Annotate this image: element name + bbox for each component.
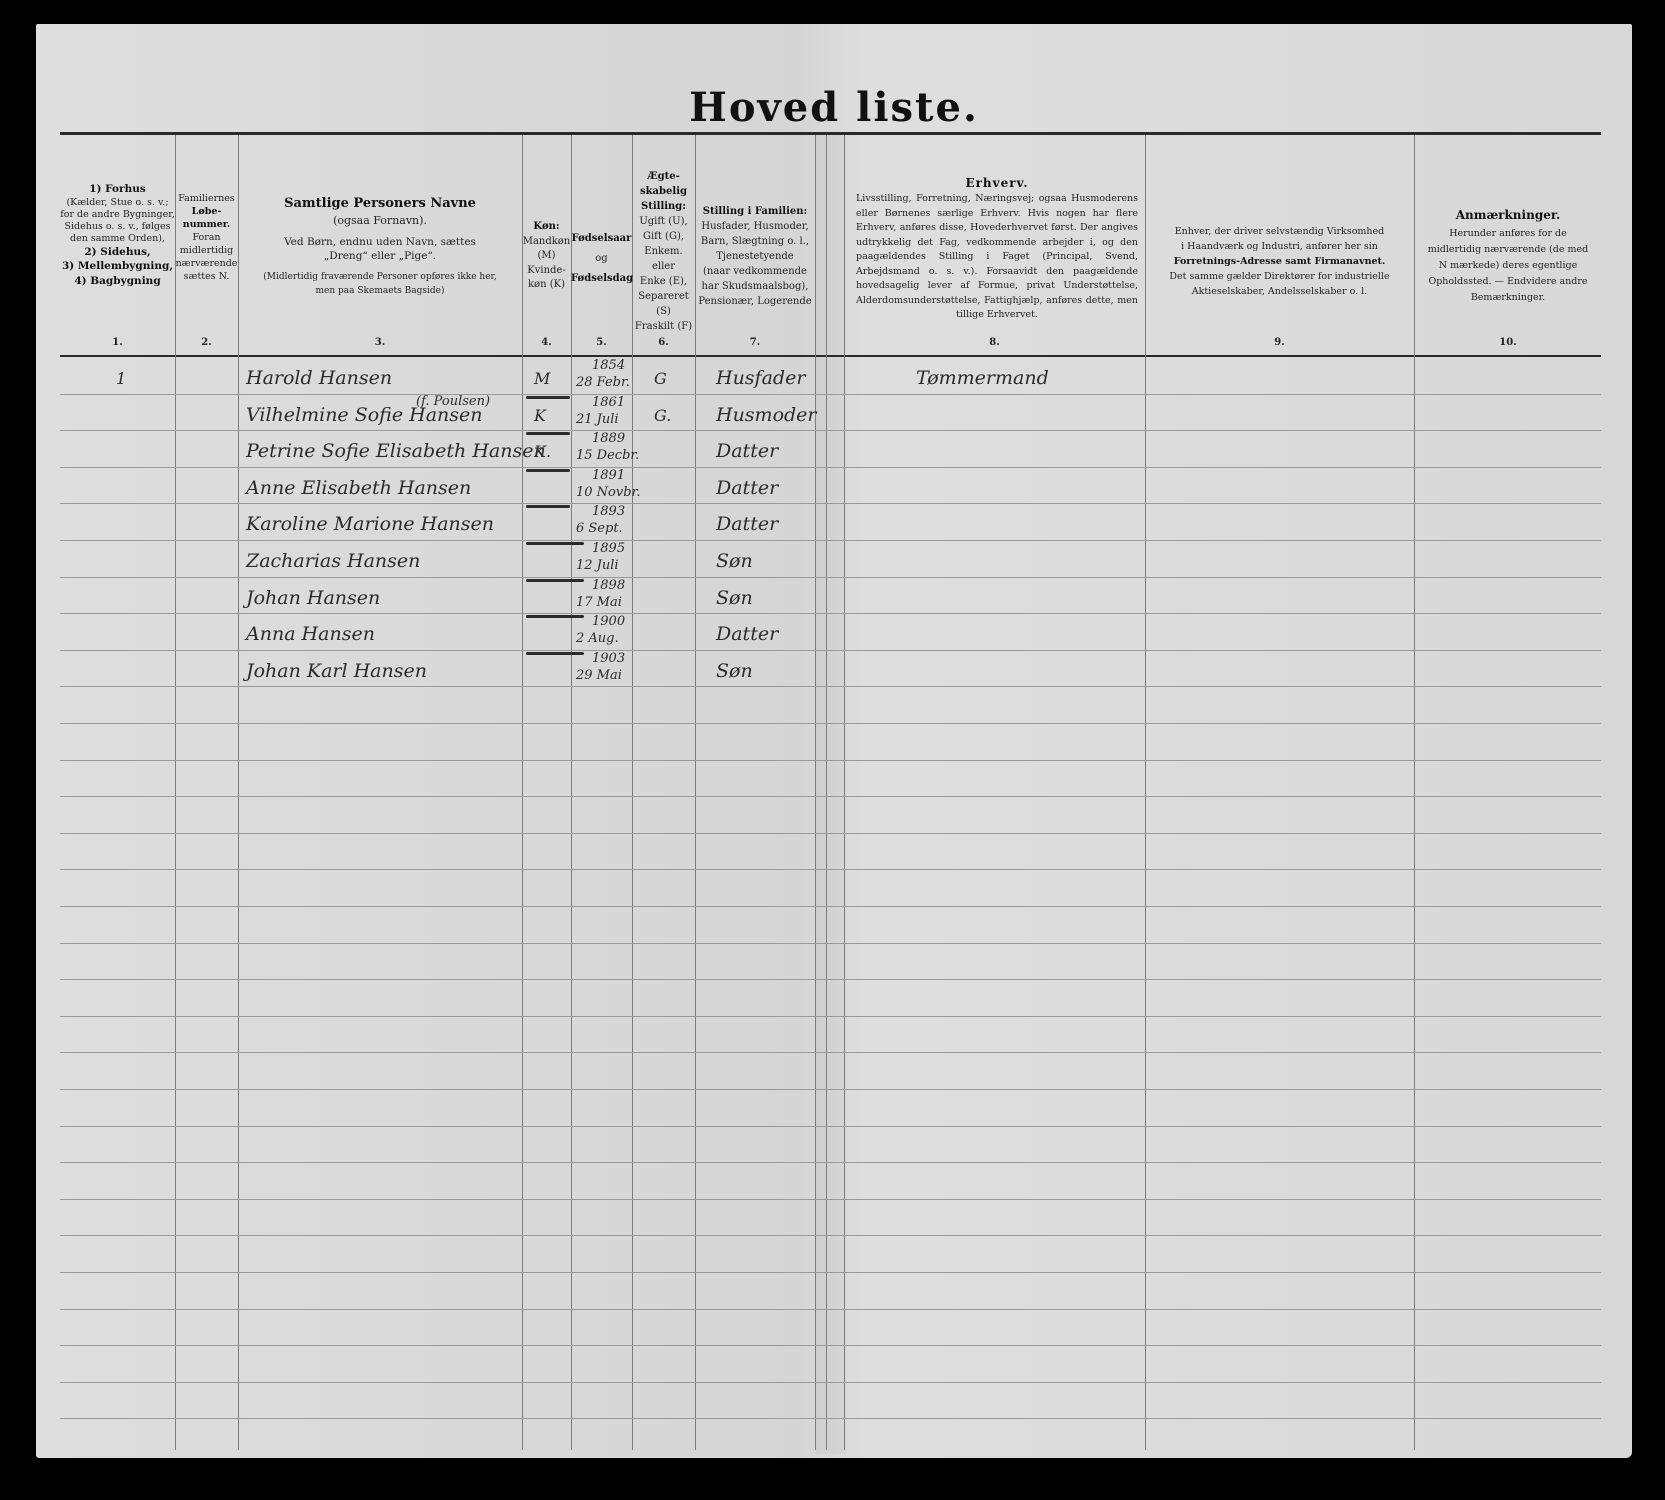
birth-day-cell: 28 Febr. bbox=[576, 375, 630, 390]
header-col7: Stilling i Familien: Husfader, Husmoder,… bbox=[695, 204, 815, 309]
top-rule bbox=[60, 132, 1601, 135]
row-line bbox=[60, 943, 1601, 944]
header-bottom-rule bbox=[60, 355, 1601, 357]
col9-number: 9. bbox=[1145, 337, 1414, 348]
row-line bbox=[60, 1382, 1601, 1383]
col3-number: 3. bbox=[238, 337, 522, 348]
marital-status-cell: G bbox=[654, 369, 667, 388]
header-col3: Samtlige Personers Navne (ogsaa Fornavn)… bbox=[238, 194, 522, 299]
person-name-cell: Anne Elisabeth Hansen bbox=[246, 477, 471, 499]
ditto-mark bbox=[526, 652, 584, 655]
birth-day-cell: 10 Novbr. bbox=[576, 485, 640, 500]
census-form-page: Hoved liste. 1) Forhus (Kælder, Stue o. … bbox=[36, 24, 1632, 1458]
birth-day-cell: 15 Decbr. bbox=[576, 448, 639, 463]
ditto-mark bbox=[526, 469, 570, 472]
occupation-cell: Tømmermand bbox=[916, 367, 1049, 389]
row-line bbox=[60, 1016, 1601, 1017]
ditto-mark bbox=[526, 396, 570, 399]
birth-year-cell: 1900 bbox=[592, 614, 625, 629]
page-spine bbox=[816, 134, 846, 1454]
row-line bbox=[60, 577, 1601, 578]
row-line bbox=[60, 686, 1601, 687]
header-col5: Fødselsaar og Fødselsdag bbox=[571, 229, 632, 289]
col-divider-4 bbox=[571, 135, 572, 1450]
row-line bbox=[60, 1345, 1601, 1346]
row-line bbox=[60, 1309, 1601, 1310]
row-line bbox=[60, 1126, 1601, 1127]
header-col6: Ægte- skabelig Stilling: Ugift (U), Gift… bbox=[632, 169, 695, 334]
row-line bbox=[60, 723, 1601, 724]
col2-number: 2. bbox=[175, 337, 238, 348]
sex-cell: K. bbox=[534, 442, 551, 461]
birth-year-cell: 1893 bbox=[592, 504, 625, 519]
ditto-mark bbox=[526, 615, 584, 618]
row-line bbox=[60, 1418, 1601, 1419]
row-line bbox=[60, 1199, 1601, 1200]
birth-day-cell: 6 Sept. bbox=[576, 521, 623, 536]
row-line bbox=[60, 869, 1601, 870]
family-position-cell: Søn bbox=[716, 587, 753, 609]
row-line bbox=[60, 796, 1601, 797]
ditto-mark bbox=[526, 542, 584, 545]
col4-number: 4. bbox=[522, 337, 571, 348]
header-col8: Erhverv. Livsstilling, Forretning, Nærin… bbox=[856, 174, 1138, 323]
ditto-mark bbox=[526, 432, 570, 435]
row-line bbox=[60, 394, 1601, 395]
row-line bbox=[60, 833, 1601, 834]
row-line bbox=[60, 613, 1601, 614]
row-line bbox=[60, 1162, 1601, 1163]
row-line bbox=[60, 467, 1601, 468]
ditto-mark bbox=[526, 505, 570, 508]
ditto-mark bbox=[526, 579, 584, 582]
family-position-cell: Datter bbox=[716, 623, 778, 645]
col-divider-1 bbox=[175, 135, 176, 1450]
family-position-cell: Husmoder bbox=[716, 404, 817, 426]
building-cell: 1 bbox=[116, 369, 126, 388]
col-divider-8 bbox=[1145, 135, 1146, 1450]
header-col10: Anmærkninger. Herunder anføres for de mi… bbox=[1414, 204, 1602, 306]
col-divider-6 bbox=[695, 135, 696, 1450]
spine-line-b bbox=[844, 135, 845, 1450]
header-col2: Familiernes Løbe- nummer. Foran midlerti… bbox=[175, 192, 238, 283]
row-line bbox=[60, 979, 1601, 980]
row-line bbox=[60, 906, 1601, 907]
family-position-cell: Husfader bbox=[716, 367, 805, 389]
person-name-cell: Zacharias Hansen bbox=[246, 550, 420, 572]
col7-number: 7. bbox=[695, 337, 815, 348]
col-divider-7 bbox=[815, 135, 816, 1450]
sex-cell: M bbox=[534, 369, 550, 388]
header-col9: Enhver, der driver selvstændig Virksomhe… bbox=[1145, 224, 1414, 299]
name-note-cell: (f. Poulsen) bbox=[416, 394, 490, 409]
row-line bbox=[60, 1089, 1601, 1090]
birth-day-cell: 29 Mai bbox=[576, 668, 622, 683]
col1-number: 1. bbox=[60, 337, 175, 348]
col-divider-2 bbox=[238, 135, 239, 1450]
birth-year-cell: 1895 bbox=[592, 541, 625, 556]
row-line bbox=[60, 1235, 1601, 1236]
family-position-cell: Søn bbox=[716, 550, 753, 572]
row-line bbox=[60, 760, 1601, 761]
row-line bbox=[60, 503, 1601, 504]
sex-cell: K bbox=[534, 406, 546, 425]
marital-status-cell: G. bbox=[654, 406, 671, 425]
family-position-cell: Datter bbox=[716, 440, 778, 462]
birth-year-cell: 1889 bbox=[592, 431, 625, 446]
row-line bbox=[60, 540, 1601, 541]
birth-year-cell: 1891 bbox=[592, 468, 625, 483]
person-name-cell: Johan Hansen bbox=[246, 587, 380, 609]
birth-year-cell: 1854 bbox=[592, 358, 625, 373]
birth-year-cell: 1861 bbox=[592, 395, 625, 410]
spine-line-a bbox=[826, 135, 827, 1450]
birth-day-cell: 12 Juli bbox=[576, 558, 619, 573]
col6-number: 6. bbox=[632, 337, 695, 348]
header-col4: Køn: Mandkøn (M) Kvinde- køn (K) bbox=[522, 220, 571, 293]
page-title: Hoved liste. bbox=[36, 84, 1632, 131]
row-line bbox=[60, 430, 1601, 431]
birth-year-cell: 1903 bbox=[592, 651, 625, 666]
family-position-cell: Datter bbox=[716, 477, 778, 499]
person-name-cell: Petrine Sofie Elisabeth Hansen bbox=[246, 440, 546, 462]
col5-number: 5. bbox=[571, 337, 632, 348]
header-col1: 1) Forhus (Kælder, Stue o. s. v.; for de… bbox=[60, 182, 175, 288]
person-name-cell: Johan Karl Hansen bbox=[246, 660, 427, 682]
col-divider-3 bbox=[522, 135, 523, 1450]
birth-day-cell: 21 Juli bbox=[576, 412, 619, 427]
col-divider-9 bbox=[1414, 135, 1415, 1450]
row-line bbox=[60, 1052, 1601, 1053]
person-name-cell: Karoline Marione Hansen bbox=[246, 513, 494, 535]
row-line bbox=[60, 1272, 1601, 1273]
birth-day-cell: 2 Aug. bbox=[576, 631, 619, 646]
col8-number: 8. bbox=[844, 337, 1145, 348]
row-line bbox=[60, 650, 1601, 651]
person-name-cell: Harold Hansen bbox=[246, 367, 392, 389]
family-position-cell: Datter bbox=[716, 513, 778, 535]
birth-day-cell: 17 Mai bbox=[576, 595, 622, 610]
family-position-cell: Søn bbox=[716, 660, 753, 682]
col10-number: 10. bbox=[1414, 337, 1602, 348]
birth-year-cell: 1898 bbox=[592, 578, 625, 593]
person-name-cell: Anna Hansen bbox=[246, 623, 375, 645]
